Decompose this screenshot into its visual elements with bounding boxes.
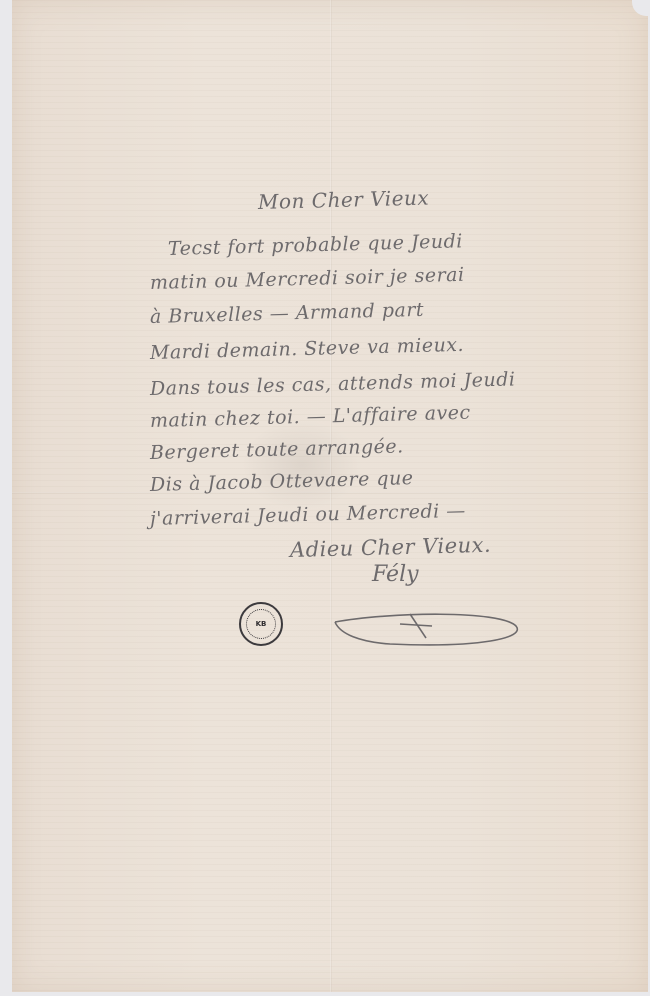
- letter-paper: [12, 0, 648, 992]
- stamp-center: KB: [246, 609, 276, 639]
- signature-flourish-icon: [330, 608, 530, 658]
- library-stamp-icon: KB: [239, 602, 283, 646]
- corner-tear: [632, 0, 648, 16]
- signature: Fély: [372, 562, 419, 587]
- pencil-smudge: [242, 420, 362, 510]
- salutation: Mon Cher Vieux: [258, 186, 430, 214]
